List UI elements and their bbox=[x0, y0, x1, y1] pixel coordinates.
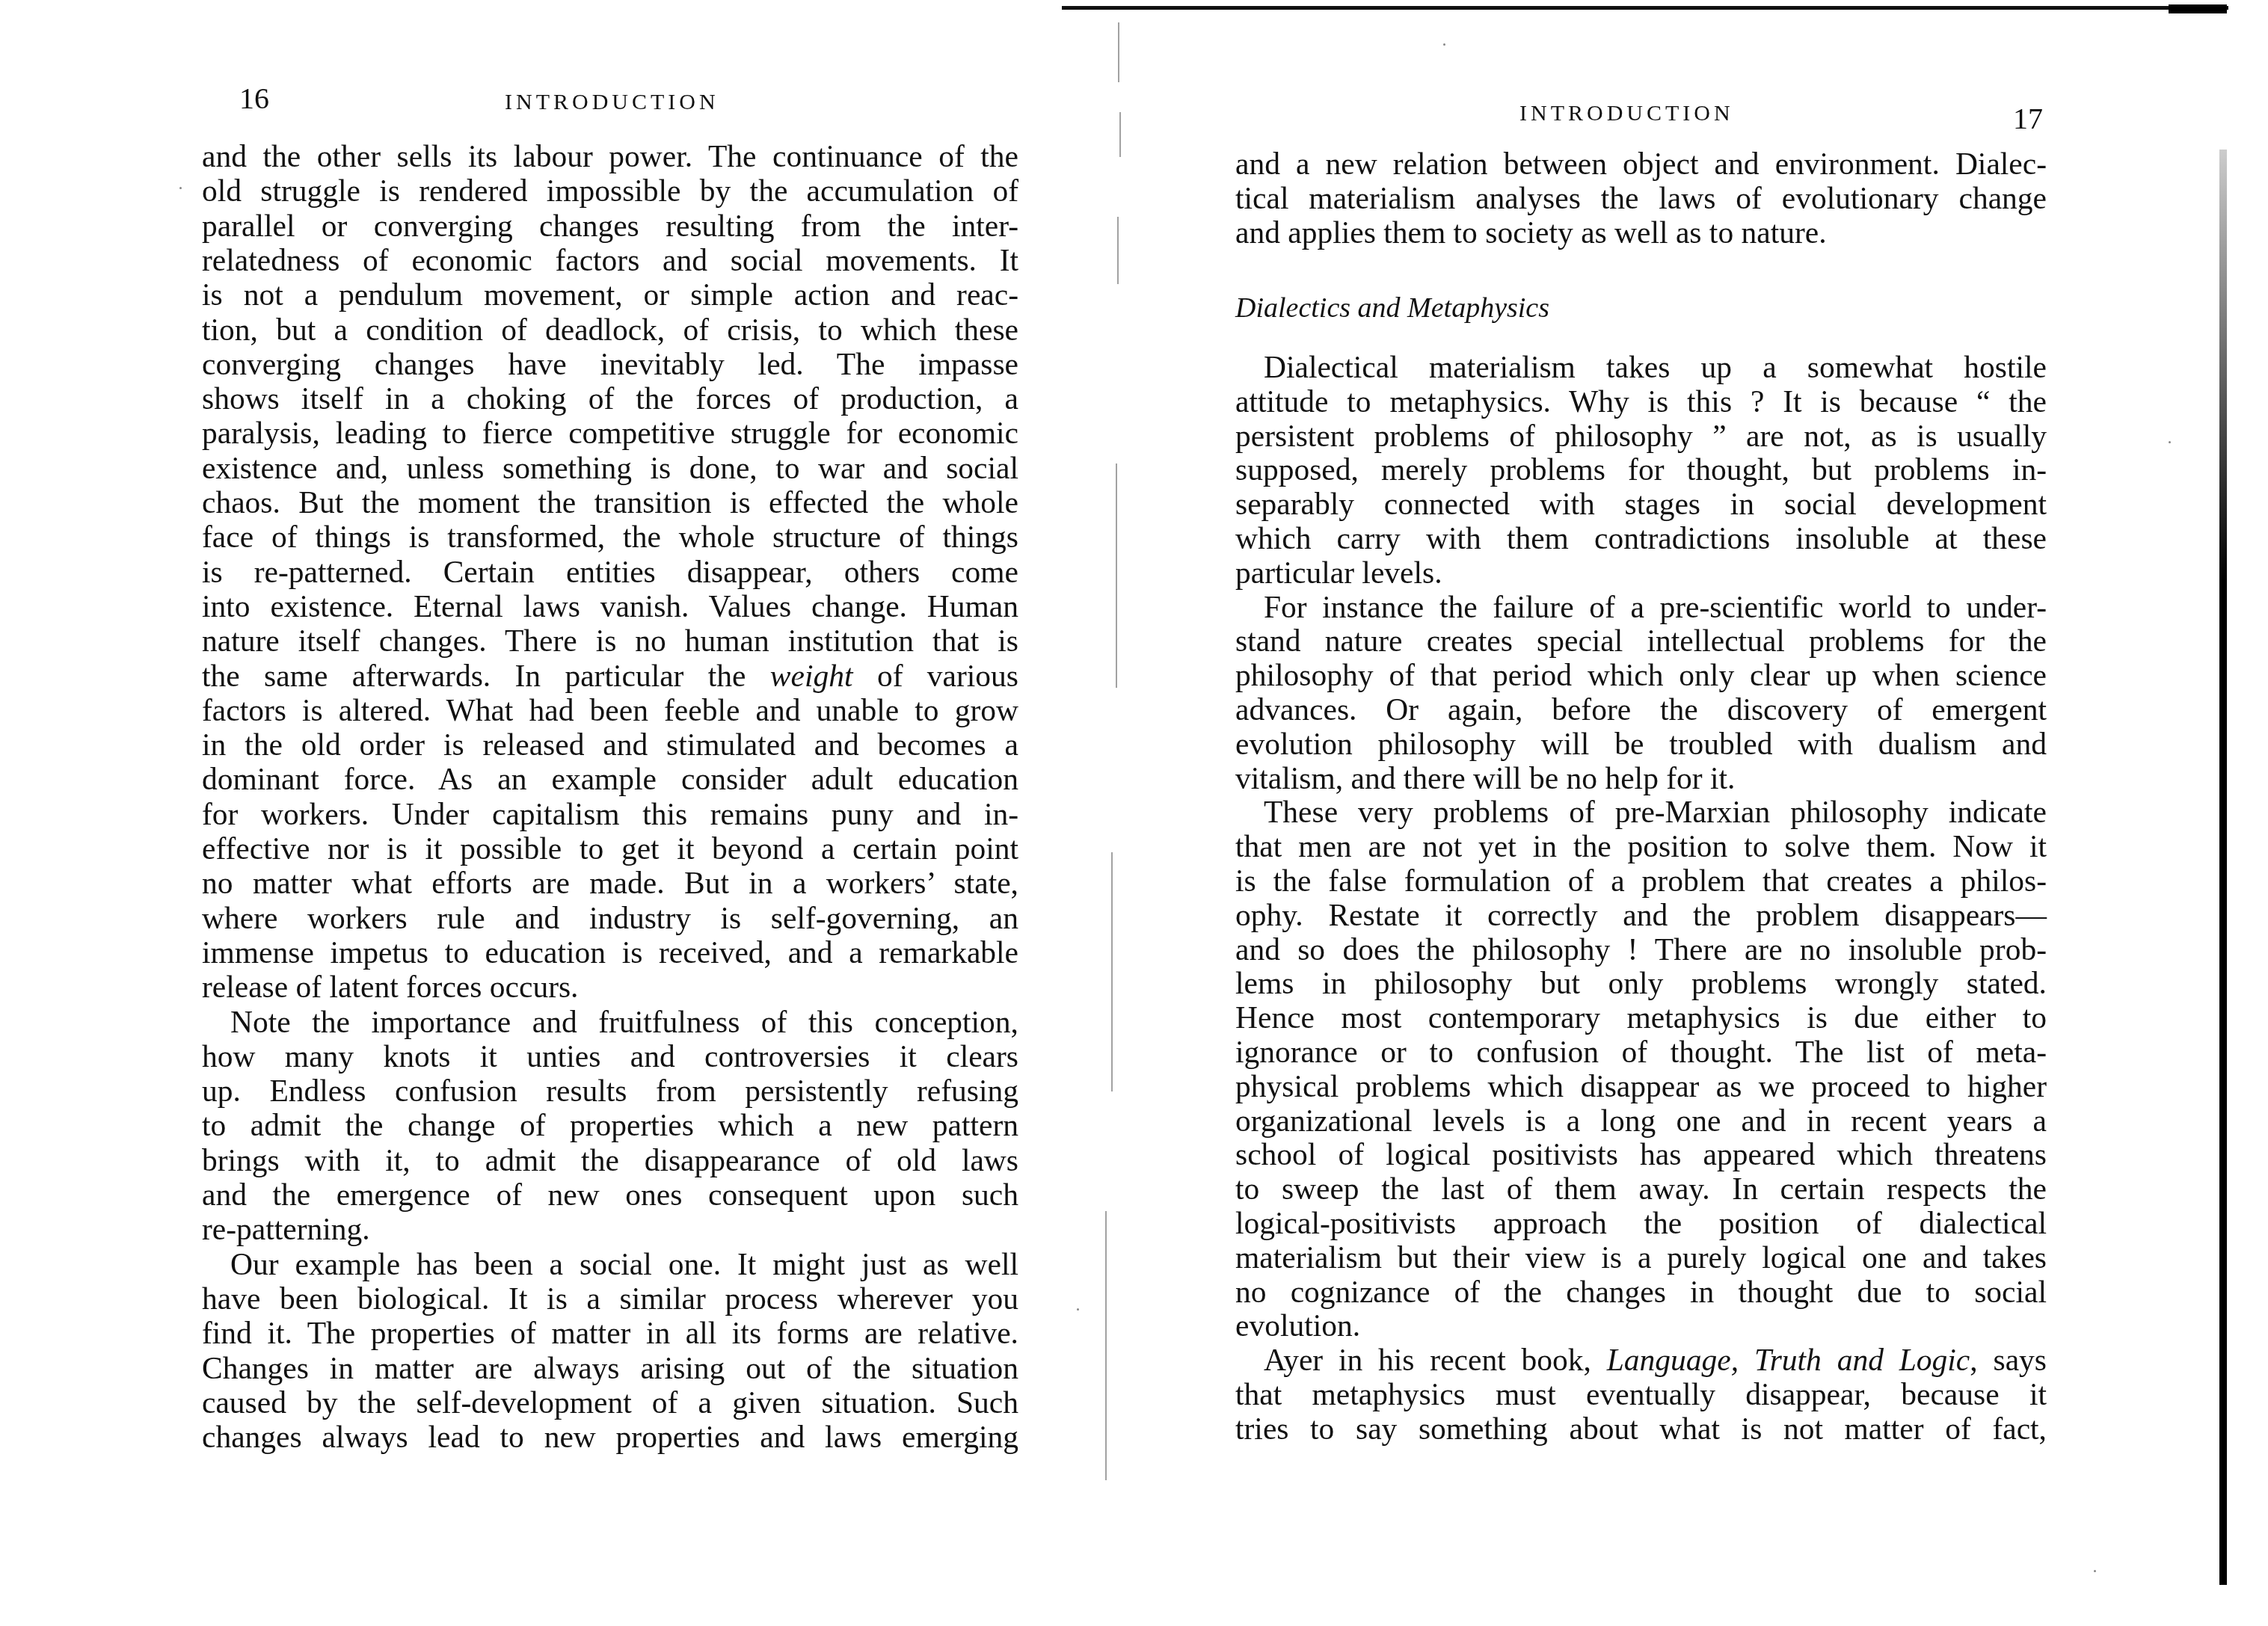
text-line: philosophy of that period which only cle… bbox=[1235, 658, 2047, 692]
text-line: Hence most contemporary metaphysics is d… bbox=[1235, 1000, 2047, 1035]
gutter-shadow bbox=[1111, 852, 1113, 1091]
gutter-shadow bbox=[1116, 464, 1117, 688]
text-line: ophy. Restate it correctly and the probl… bbox=[1235, 898, 2047, 932]
text-line: dominant force. As an example consider a… bbox=[202, 762, 1018, 796]
scan-speck bbox=[179, 187, 182, 189]
text-run: of various bbox=[853, 659, 1018, 693]
text-line: paralysis, leading to fierce competitive… bbox=[202, 416, 1018, 450]
text-line: and the emergence of new ones consequent… bbox=[202, 1177, 1018, 1212]
gutter-shadow bbox=[1117, 217, 1119, 284]
text-run: Ayer in his recent book, bbox=[1264, 1343, 1607, 1377]
text-line: face of things is transformed, the whole… bbox=[202, 520, 1018, 554]
scan-speck bbox=[1077, 1308, 1079, 1311]
gutter-shadow bbox=[1105, 1211, 1107, 1480]
text-line: release of latent forces occurs. bbox=[202, 970, 1018, 1004]
text-line: that men are not yet in the position to … bbox=[1235, 829, 2047, 863]
text-line: changes always lead to new properties an… bbox=[202, 1420, 1018, 1454]
text-line: stand nature creates special intellectua… bbox=[1235, 623, 2047, 658]
text-line: no cognizance of the changes in thought … bbox=[1235, 1275, 2047, 1309]
italic-text: Language, Truth and Logic bbox=[1607, 1343, 1970, 1377]
italic-text: weight bbox=[770, 659, 853, 693]
text-line: which carry with them contradictions ins… bbox=[1235, 521, 2047, 555]
text-line: in the old order is released and stimula… bbox=[202, 727, 1018, 762]
text-line: effective nor is it possible to get it b… bbox=[202, 831, 1018, 866]
text-line: old struggle is rendered impossible by t… bbox=[202, 173, 1018, 208]
text-line: caused by the self-development of a give… bbox=[202, 1385, 1018, 1420]
text-line: ignorance or to confusion of thought. Th… bbox=[1235, 1035, 2047, 1069]
text-line: is not a pendulum movement, or simple ac… bbox=[202, 277, 1018, 312]
text-line: lems in philosophy but only problems wro… bbox=[1235, 966, 2047, 1000]
scan-speck bbox=[2094, 1570, 2096, 1572]
text-line: find it. The properties of matter in all… bbox=[202, 1316, 1018, 1350]
text-line: into existence. Eternal laws vanish. Val… bbox=[202, 589, 1018, 623]
text-line: how many knots it unties and controversi… bbox=[202, 1039, 1018, 1074]
text-line: attitude to metaphysics. Why is this ? I… bbox=[1235, 384, 2047, 419]
text-line: is the false formulation of a problem th… bbox=[1235, 863, 2047, 898]
text-line: existence and, unless something is done,… bbox=[202, 451, 1018, 485]
text-line: materialism but their view is a purely l… bbox=[1235, 1240, 2047, 1275]
text-line: where workers rule and industry is self-… bbox=[202, 901, 1018, 935]
text-line: Dialectical materialism takes up a somew… bbox=[1235, 350, 2047, 384]
text-line: is re-patterned. Certain entities disapp… bbox=[202, 555, 1018, 589]
text-line: evolution philosophy will be troubled wi… bbox=[1235, 727, 2047, 761]
text-line: physical problems which disappear as we … bbox=[1235, 1069, 2047, 1103]
scan-speck bbox=[2169, 441, 2171, 443]
text-run: the same afterwards. In particular the bbox=[202, 659, 770, 693]
text-line: Changes in matter are always arising out… bbox=[202, 1351, 1018, 1385]
text-line: to sweep the last of them away. In certa… bbox=[1235, 1171, 2047, 1206]
text-run: , says bbox=[1970, 1343, 2047, 1377]
text-line: up. Endless confusion results from persi… bbox=[202, 1074, 1018, 1108]
text-line: persistent problems of philosophy ” are … bbox=[1235, 419, 2047, 453]
text-line: tion, but a condition of deadlock, of cr… bbox=[202, 312, 1018, 347]
text-line: For instance the failure of a pre-scient… bbox=[1235, 590, 2047, 624]
text-line: nature itself changes. There is no human… bbox=[202, 623, 1018, 658]
text-line: organizational levels is a long one and … bbox=[1235, 1103, 2047, 1138]
text-line: evolution. bbox=[1235, 1308, 2047, 1343]
running-head: INTRODUCTION bbox=[1519, 101, 1734, 126]
text-line: chaos. But the moment the transition is … bbox=[202, 485, 1018, 520]
text-line: and so does the philosophy ! There are n… bbox=[1235, 932, 2047, 967]
text-line: and the other sells its labour power. Th… bbox=[202, 139, 1018, 173]
scan-speck bbox=[1443, 43, 1445, 46]
text-line: Our example has been a social one. It mi… bbox=[202, 1247, 1018, 1281]
text-line: supposed, merely problems for thought, b… bbox=[1235, 452, 2047, 487]
gutter-shadow bbox=[1119, 112, 1121, 157]
text-line: logical-positivists approach the positio… bbox=[1235, 1206, 2047, 1240]
text-line: Note the importance and fruitfulness of … bbox=[202, 1005, 1018, 1039]
scan-edge-corner bbox=[2169, 4, 2227, 13]
text-line: Ayer in his recent book, Language, Truth… bbox=[1235, 1343, 2047, 1377]
text-line: tries to say something about what is not… bbox=[1235, 1411, 2047, 1446]
section-heading: Dialectics and Metaphysics bbox=[1235, 292, 1549, 324]
running-head: INTRODUCTION bbox=[505, 90, 719, 115]
text-line: brings with it, to admit the disappearan… bbox=[202, 1143, 1018, 1177]
text-line: to admit the change of properties which … bbox=[202, 1108, 1018, 1142]
text-line: the same afterwards. In particular the w… bbox=[202, 659, 1018, 693]
text-line: for workers. Under capitalism this remai… bbox=[202, 797, 1018, 831]
gutter-shadow bbox=[1118, 22, 1119, 82]
page-number: 16 bbox=[239, 81, 269, 116]
text-line: These very problems of pre-Marxian philo… bbox=[1235, 795, 2047, 829]
text-line: and applies them to society as well as t… bbox=[1235, 215, 2047, 250]
text-line: relatedness of economic factors and soci… bbox=[202, 243, 1018, 277]
page-number: 17 bbox=[2013, 101, 2043, 136]
text-line: tical materialism analyses the laws of e… bbox=[1235, 181, 2047, 215]
text-line: advances. Or again, before the discovery… bbox=[1235, 692, 2047, 727]
text-line: have been biological. It is a similar pr… bbox=[202, 1281, 1018, 1316]
text-line: converging changes have inevitably led. … bbox=[202, 347, 1018, 381]
text-line: immense impetus to education is received… bbox=[202, 935, 1018, 970]
text-line: that metaphysics must eventually disappe… bbox=[1235, 1377, 2047, 1411]
text-line: factors is altered. What had been feeble… bbox=[202, 693, 1018, 727]
text-line: shows itself in a choking of the forces … bbox=[202, 381, 1018, 416]
text-line: re-patterning. bbox=[202, 1212, 1018, 1246]
scan-edge-right bbox=[2219, 150, 2227, 1585]
text-line: school of logical positivists has appear… bbox=[1235, 1137, 2047, 1171]
text-line: separably connected with stages in socia… bbox=[1235, 487, 2047, 521]
text-line: parallel or converging changes resulting… bbox=[202, 209, 1018, 243]
text-line: no matter what efforts are made. But in … bbox=[202, 866, 1018, 900]
scan-edge-top bbox=[1062, 6, 2228, 10]
text-line: particular levels. bbox=[1235, 555, 2047, 590]
text-line: vitalism, and there will be no help for … bbox=[1235, 761, 2047, 795]
text-line: and a new relation between object and en… bbox=[1235, 147, 2047, 181]
